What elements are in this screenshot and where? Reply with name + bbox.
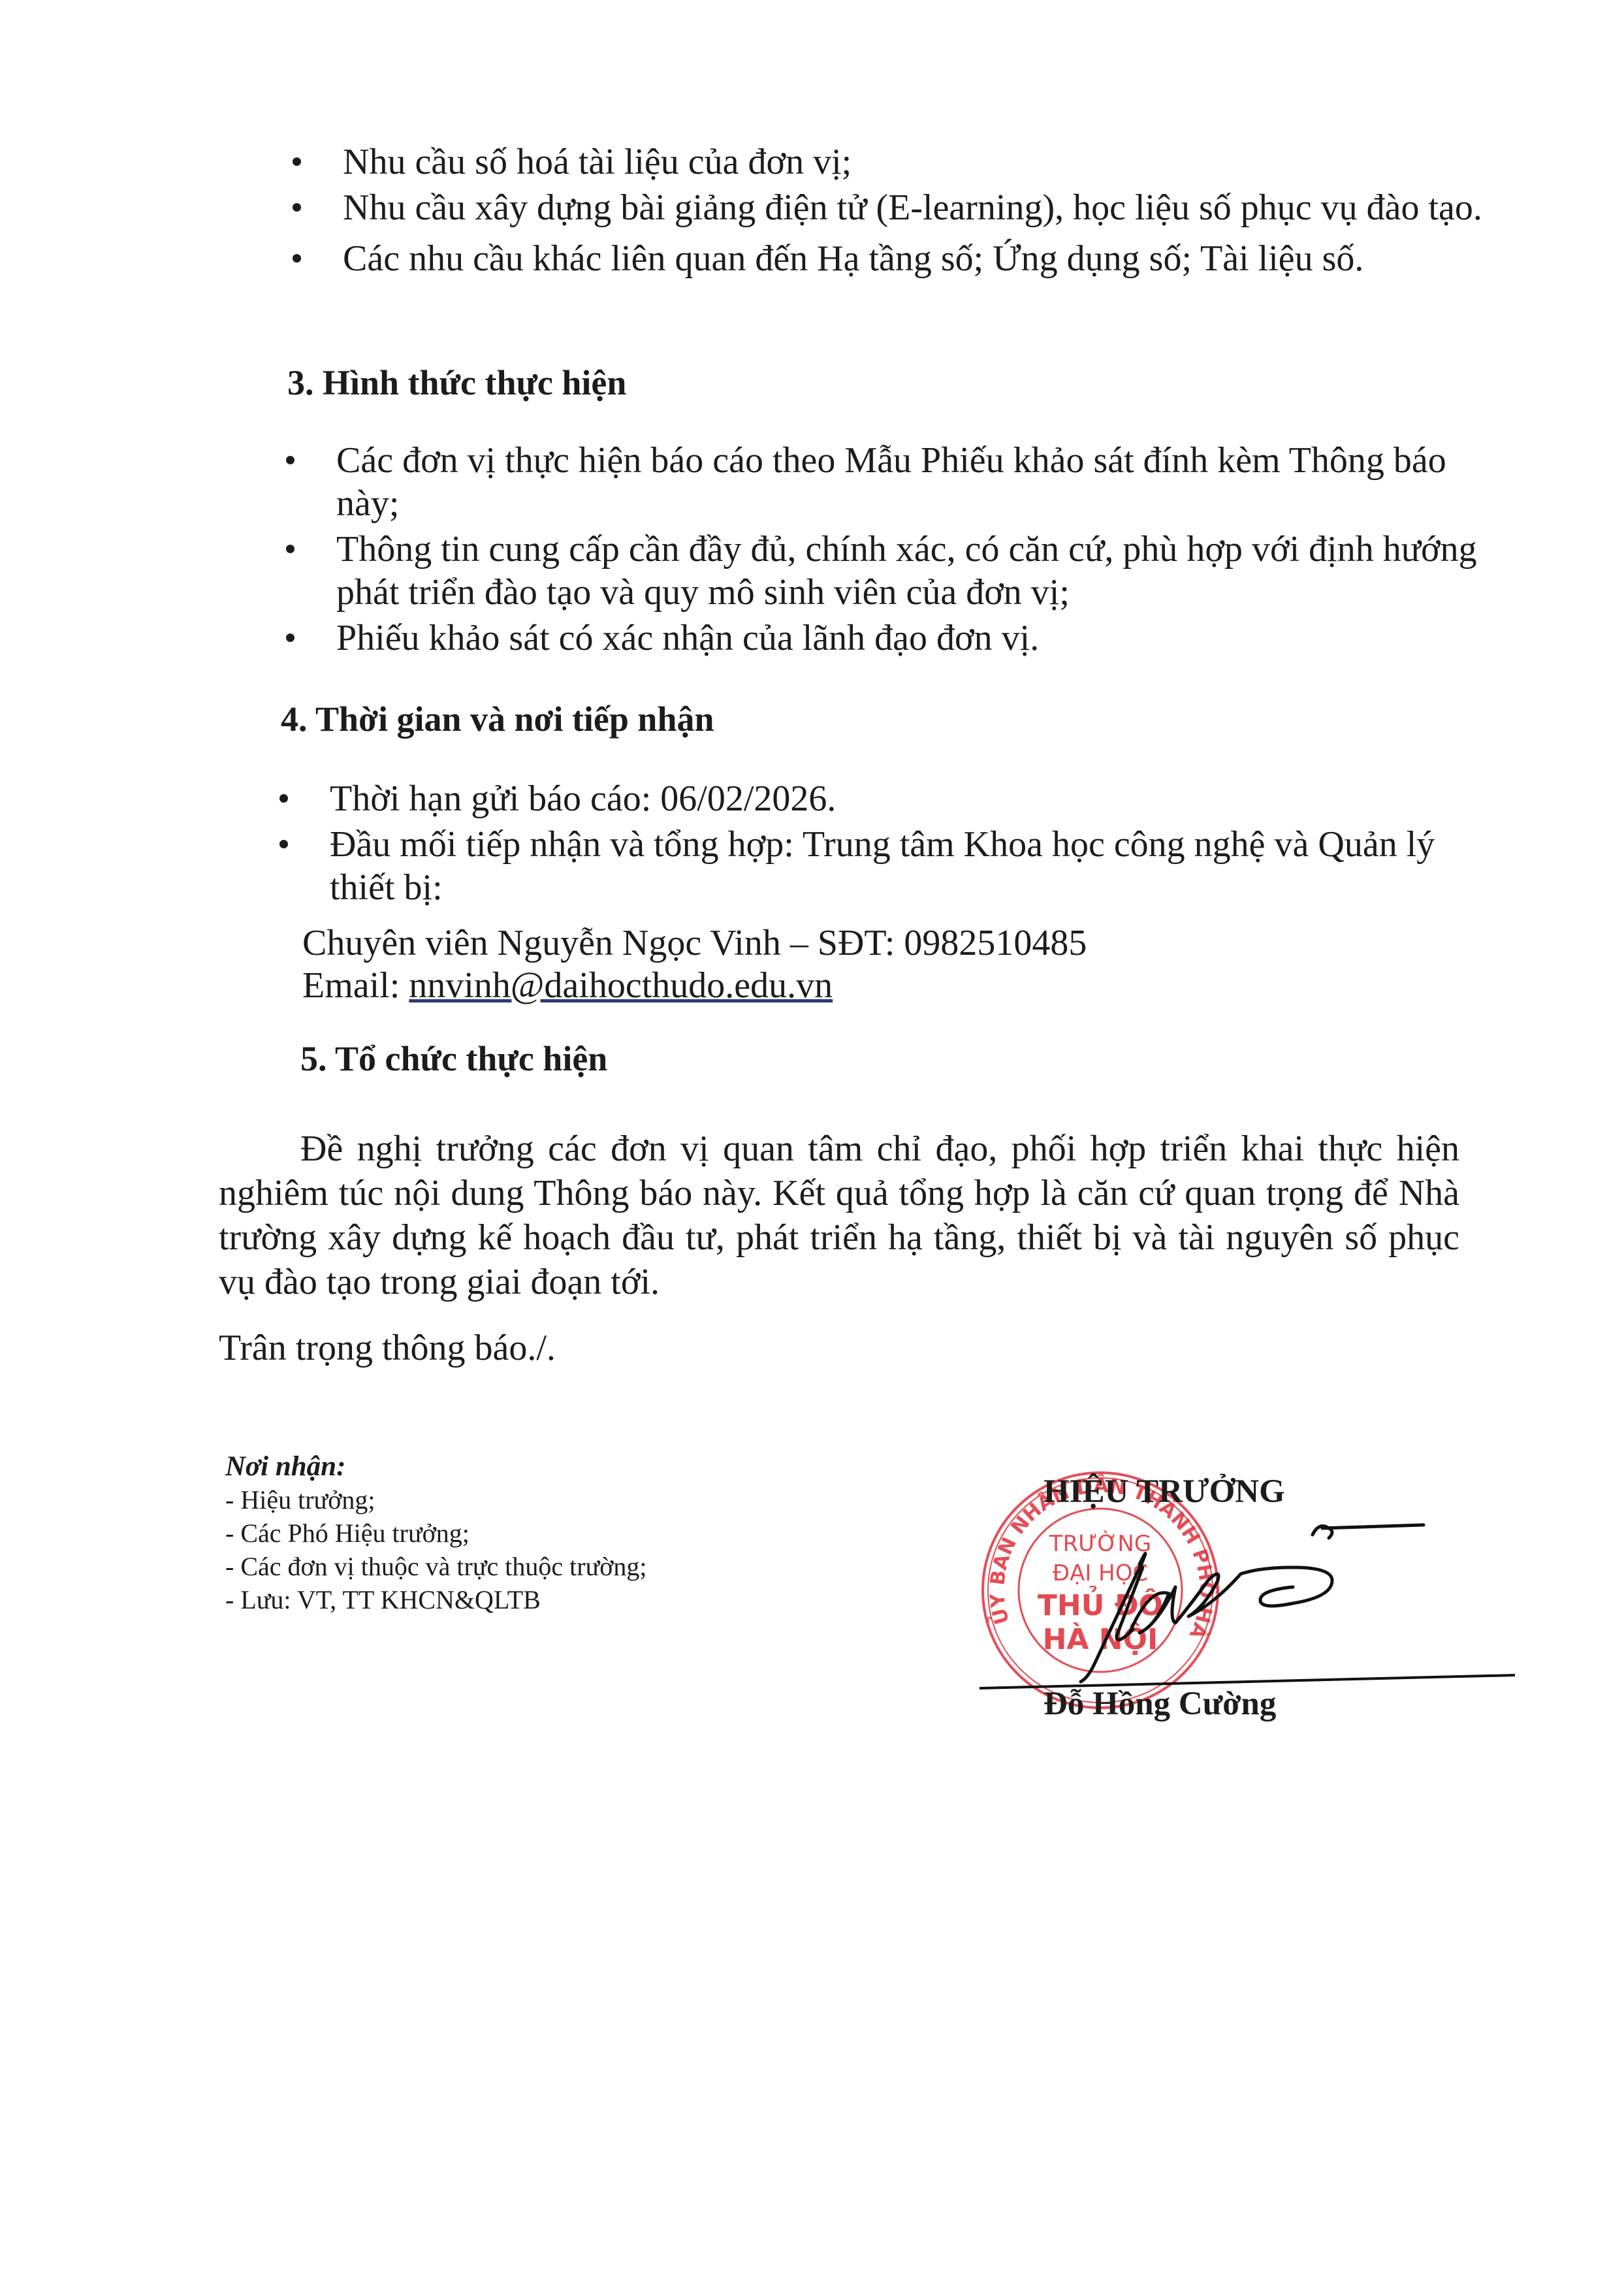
bullet-text: Các nhu cầu khác liên quan đến Hạ tầng s…: [343, 238, 1363, 279]
document-page: Nhu cầu số hoá tài liệu của đơn vị; Nhu …: [0, 0, 1624, 2276]
section3-heading: 3. Hình thức thực hiện: [287, 362, 626, 403]
section4-heading: 4. Thời gian và nơi tiếp nhận: [281, 699, 714, 739]
bullet-text: Phiếu khảo sát có xác nhận của lãnh đạo …: [336, 618, 1039, 658]
contact-line: Chuyên viên Nguyễn Ngọc Vinh – SĐT: 0982…: [302, 921, 1087, 965]
list-item: Nhu cầu xây dựng bài giảng điện tử (E-le…: [287, 186, 1489, 229]
email-link[interactable]: nnvinh@daihocthudo.edu.vn: [409, 965, 833, 1006]
bullet-text: Nhu cầu số hoá tài liệu của đơn vị;: [343, 142, 852, 182]
bullet-icon: [286, 456, 295, 464]
recipient-item: - Các Phó Hiệu trưởng;: [225, 1516, 647, 1550]
list-item: Đầu mối tiếp nhận và tổng hợp: Trung tâm…: [274, 823, 1476, 909]
bullet-icon: [286, 545, 295, 553]
bullet-icon: [286, 633, 295, 642]
bullet-text: Các đơn vị thực hiện báo cáo theo Mẫu Ph…: [336, 440, 1446, 524]
bullet-icon: [279, 840, 288, 848]
recipient-item: - Lưu: VT, TT KHCN&QLTB: [225, 1583, 647, 1616]
section2-bullet-list: Nhu cầu số hoá tài liệu của đơn vị; Nhu …: [287, 140, 1489, 283]
list-item: Các nhu cầu khác liên quan đến Hạ tầng s…: [287, 237, 1489, 280]
recipient-item: - Hiệu trưởng;: [225, 1483, 647, 1516]
list-item: Phiếu khảo sát có xác nhận của lãnh đạo …: [281, 617, 1482, 660]
email-line: Email: nnvinh@daihocthudo.edu.vn: [302, 963, 833, 1008]
section4-bullet-list: Thời hạn gửi báo cáo: 06/02/2026. Đầu mố…: [274, 777, 1476, 912]
recipient-item: - Các đơn vị thuộc và trực thuộc trường;: [225, 1550, 647, 1583]
bullet-icon: [293, 203, 301, 212]
bullet-icon: [293, 157, 301, 166]
list-item: Nhu cầu số hoá tài liệu của đơn vị;: [287, 140, 1489, 184]
recipients-block: Nơi nhận: - Hiệu trưởng; - Các Phó Hiệu …: [225, 1450, 647, 1616]
bullet-icon: [279, 794, 288, 803]
handwritten-signature-icon: [979, 1502, 1515, 1698]
section3-bullet-list: Các đơn vị thực hiện báo cáo theo Mẫu Ph…: [281, 439, 1482, 662]
list-item: Thời hạn gửi báo cáo: 06/02/2026.: [274, 777, 1476, 820]
bullet-text: Thông tin cung cấp cần đầy đủ, chính xác…: [336, 529, 1477, 613]
list-item: Các đơn vị thực hiện báo cáo theo Mẫu Ph…: [281, 439, 1482, 525]
recipients-title: Nơi nhận:: [225, 1450, 647, 1483]
closing-line: Trân trọng thông báo./.: [219, 1326, 556, 1370]
bullet-text: Thời hạn gửi báo cáo: 06/02/2026.: [330, 778, 836, 819]
section5-heading: 5. Tổ chức thực hiện: [300, 1038, 607, 1079]
bullet-icon: [293, 254, 301, 263]
section5-paragraph: Đề nghị trưởng các đơn vị quan tâm chỉ đ…: [219, 1127, 1459, 1304]
bullet-text: Đầu mối tiếp nhận và tổng hợp: Trung tâm…: [330, 824, 1435, 908]
email-label: Email:: [302, 965, 409, 1006]
bullet-text: Nhu cầu xây dựng bài giảng điện tử (E-le…: [343, 187, 1482, 228]
list-item: Thông tin cung cấp cần đầy đủ, chính xác…: [281, 528, 1482, 614]
